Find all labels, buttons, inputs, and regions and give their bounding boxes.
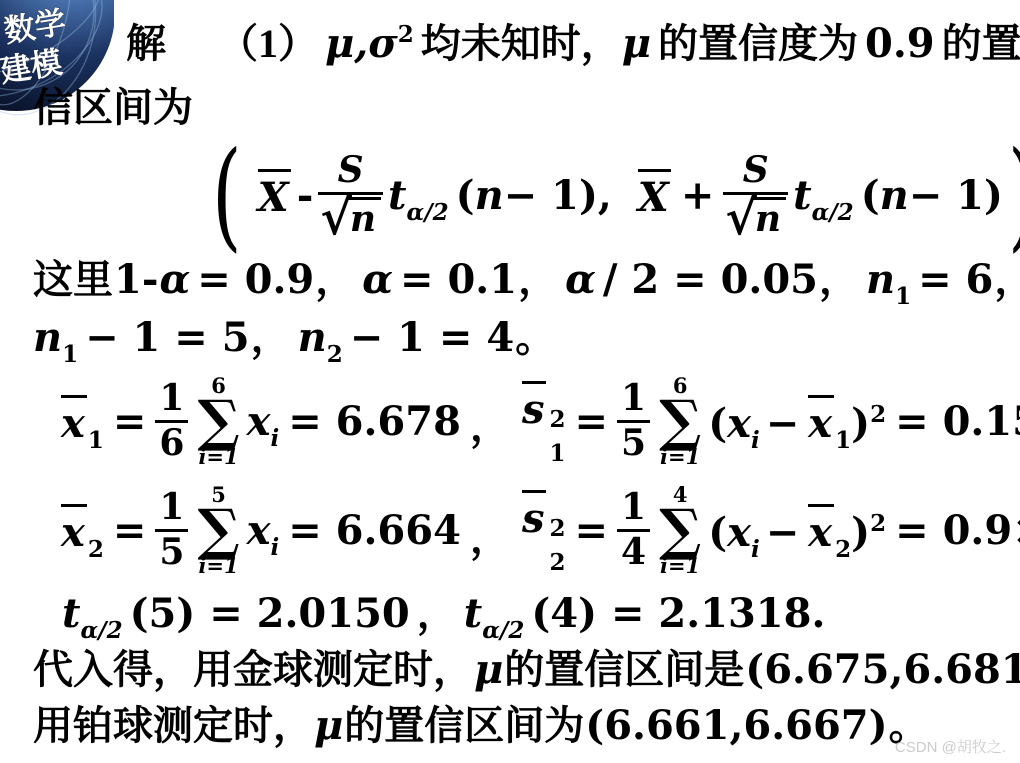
- solution-line-2: 信区间为: [33, 80, 200, 136]
- s-over-sqrt-n: S √n: [723, 152, 788, 239]
- frac-1-4: 14: [617, 489, 650, 572]
- math-var: t: [62, 586, 80, 642]
- tensor-indices: 21: [549, 408, 565, 465]
- full-comma: ，: [518, 257, 558, 302]
- value: = 0.9: [197, 256, 314, 303]
- radicand: n: [753, 197, 786, 239]
- lower-limit: i=1: [660, 555, 700, 576]
- math-var: s: [519, 490, 548, 542]
- paren: (: [708, 509, 727, 556]
- item-number: （1）: [218, 21, 318, 66]
- minus-sign: -: [297, 172, 314, 219]
- math-var: s: [519, 381, 548, 433]
- value: = 6: [918, 256, 993, 303]
- sigma-sign: ∑: [197, 505, 239, 555]
- math-var: n: [298, 310, 327, 366]
- paren: ): [851, 509, 870, 556]
- dof-line: n1− 1 = 5，n2− 1 = 4。: [33, 310, 562, 366]
- subscript: i: [270, 534, 279, 561]
- zh-text: 的置信区间是: [504, 647, 744, 692]
- x-bar: X: [635, 169, 672, 221]
- value: 1-: [114, 256, 158, 303]
- math-var-alpha: α: [565, 256, 596, 303]
- t-alpha-half: tα/2: [464, 586, 525, 642]
- denominator: 5: [157, 534, 186, 572]
- paren: (: [708, 400, 727, 447]
- t-alpha-half: tα/2: [793, 172, 854, 219]
- math-var: t: [388, 172, 406, 219]
- math-var: t: [793, 172, 811, 219]
- variance-value: = 0.15×10−4: [895, 398, 1020, 445]
- sigma-sign: ∑: [197, 396, 239, 446]
- frac-1-5: 15: [617, 380, 650, 463]
- n-sub-1: n1: [33, 310, 78, 366]
- value: (5) = 2.0150: [130, 590, 410, 637]
- value: = 0.9×10: [895, 507, 1020, 554]
- zh-text: 这里: [33, 257, 113, 302]
- zh-text: 均未知时，: [421, 21, 621, 66]
- x-bar-1: x1: [58, 395, 104, 447]
- denominator: √n: [318, 197, 383, 239]
- x-bar-2: x2: [58, 504, 104, 556]
- superscript: 2: [549, 517, 565, 540]
- full-comma: ，: [470, 507, 510, 564]
- slide-page: 数学 建模 解（1）μ,σ2均未知时，μ的置信度为0.9的置 信区间为 ( X …: [0, 0, 1020, 763]
- subscript: i: [751, 536, 760, 563]
- denominator: √n: [723, 197, 788, 239]
- subscript: α/2: [407, 199, 449, 226]
- value: / 2 = 0.05: [603, 256, 818, 303]
- math-var: x: [58, 504, 88, 556]
- subscript: i: [270, 425, 279, 452]
- summation: 5∑i=1: [197, 484, 239, 576]
- frac-1-5: 15: [155, 489, 188, 572]
- subscript: i: [751, 427, 760, 454]
- s2-squared: s22: [519, 490, 566, 570]
- x-sub-i: xi: [247, 507, 280, 554]
- n-sub-1: n1: [866, 252, 911, 308]
- full-comma: ，: [470, 395, 510, 452]
- paren: (: [861, 172, 880, 219]
- subscript: α/2: [812, 199, 854, 226]
- zh-text: 用铂球测定时，: [33, 703, 313, 748]
- math-var: x: [805, 504, 835, 556]
- value: = 6.678: [288, 398, 461, 445]
- math-var-alpha: α: [159, 256, 190, 303]
- exponent: 2: [398, 19, 414, 51]
- value: − 1): [909, 172, 1003, 219]
- csdn-watermark: CSDN @胡牧之.: [895, 736, 1006, 757]
- value: − 1),: [504, 172, 612, 219]
- math-var: t: [464, 586, 482, 642]
- lower-limit: i=1: [660, 446, 700, 467]
- sigma-sign: ∑: [659, 505, 701, 555]
- conclusion-line-1: 代入得，用金球测定时，μ的置信区间是(6.675,6.681)，: [33, 642, 1020, 698]
- interval-value: (6.675,6.681): [745, 646, 1020, 693]
- value: − 1 = 5: [85, 314, 249, 361]
- math-var-mu: μ: [622, 20, 651, 67]
- plus-sign: +: [681, 172, 715, 219]
- degrees-argument: (n− 1): [861, 172, 1003, 219]
- lower-limit: i=1: [198, 446, 238, 467]
- denominator: 5: [619, 425, 648, 463]
- sample2-stats-equation: x2 = 15 5∑i=1 xi = 6.664 ， s22 = 14 4∑i=…: [58, 474, 1020, 586]
- mu-sigma-squared: μ,σ2: [325, 16, 414, 72]
- ci-formula: ( X - S √n tα/2 (n− 1), X + S √n tα/2 (n…: [208, 134, 1020, 256]
- subscript: 2: [327, 339, 343, 371]
- numerator: 1: [617, 380, 650, 418]
- minus-sign: −: [766, 400, 800, 447]
- numerator: 1: [617, 489, 650, 527]
- equals-sign: =: [574, 398, 608, 445]
- math-var: x: [58, 395, 88, 447]
- value: = 0.15×10: [895, 398, 1020, 445]
- math-var: x: [805, 395, 835, 447]
- denominator: 6: [157, 425, 186, 463]
- equals-sign: =: [113, 398, 147, 445]
- paren: ): [851, 400, 870, 447]
- equals-sign: =: [113, 507, 147, 554]
- numerator: 1: [155, 380, 188, 418]
- sample1-stats-equation: x1 = 16 6∑i=1 xi = 6.678 ， s21 = 15 6∑i=…: [58, 368, 1020, 474]
- subscript: 2: [88, 536, 104, 563]
- math-var: n: [866, 252, 895, 308]
- numerator: 1: [155, 489, 188, 527]
- frac-1-6: 16: [155, 380, 188, 463]
- math-var: n: [880, 172, 909, 219]
- math-var: n: [475, 172, 504, 219]
- value: − 1 = 4: [350, 314, 514, 361]
- t-quantile-line: tα/2(5) = 2.0150，tα/2(4) = 2.1318.: [62, 586, 832, 642]
- math-var-alpha: α: [362, 256, 393, 303]
- value: (4) = 2.1318.: [531, 590, 825, 637]
- squared-deviation: (xi−x2)2: [708, 504, 886, 556]
- value: = 6.664: [288, 507, 461, 554]
- sigma-sign: ∑: [659, 396, 701, 446]
- full-comma: ，: [315, 257, 355, 302]
- x-sub-i: xi: [247, 398, 280, 445]
- denominator: 4: [619, 534, 648, 572]
- s1-squared: s21: [519, 381, 566, 461]
- x-bar: X: [255, 169, 292, 221]
- exponent: 2: [870, 510, 886, 537]
- math-var: x: [247, 507, 271, 554]
- superscript: 2: [549, 408, 565, 431]
- value: = 0.1: [400, 256, 517, 303]
- n-sub-2: n2: [298, 310, 343, 366]
- math-var: μ,σ: [325, 16, 398, 72]
- zh-text: 代入得，用金球测定时，: [33, 647, 473, 692]
- subscript: 1: [835, 427, 851, 454]
- full-comma: ，: [251, 315, 291, 360]
- summation: 6∑i=1: [197, 375, 239, 467]
- solution-line-1: 解（1）μ,σ2均未知时，μ的置信度为0.9的置: [126, 16, 1020, 72]
- s-over-sqrt-n: S √n: [318, 152, 383, 239]
- subscript: 2: [835, 536, 851, 563]
- zh-text: 的置信度为: [658, 21, 858, 66]
- left-big-paren: (: [212, 136, 242, 254]
- squared-deviation: (xi−x1)2: [708, 395, 886, 447]
- subscript: 1: [62, 339, 78, 371]
- equals-sign: =: [574, 507, 608, 554]
- t-alpha-half: tα/2: [388, 172, 449, 219]
- numerator: S: [739, 152, 773, 190]
- full-stop: 。: [515, 315, 555, 360]
- summation: 6∑i=1: [659, 375, 701, 467]
- degrees-argument: (n− 1),: [456, 172, 612, 219]
- subscript: 1: [895, 281, 911, 313]
- math-var-mu: μ: [314, 702, 343, 749]
- conclusion-line-2: 用铂球测定时，μ的置信区间为(6.661,6.667)。: [33, 698, 930, 754]
- zh-text: 信区间为: [33, 85, 193, 130]
- radicand: n: [348, 197, 381, 239]
- solution-label: 解: [126, 21, 166, 66]
- confidence-level-value: 0.9: [865, 20, 935, 67]
- lower-limit: i=1: [198, 555, 238, 576]
- paren: (: [456, 172, 475, 219]
- variance-value: = 0.9×10−5: [895, 507, 1020, 554]
- math-var: X: [635, 169, 672, 221]
- math-var: n: [33, 310, 62, 366]
- right-big-paren: ): [1008, 136, 1020, 254]
- subscript: 1: [88, 427, 104, 454]
- minus-sign: −: [766, 509, 800, 556]
- interval-value: (6.661,6.667): [585, 702, 887, 749]
- parameters-line: 这里1-α= 0.9，α= 0.1，α/ 2 = 0.05，n1= 6，n2= …: [33, 252, 1020, 308]
- tensor-indices: 22: [549, 517, 565, 574]
- t-alpha-half: tα/2: [62, 586, 123, 642]
- math-var: X: [255, 169, 292, 221]
- math-var: x: [247, 398, 271, 445]
- full-comma: ，: [819, 257, 859, 302]
- subscript: 2: [549, 551, 565, 574]
- numerator: S: [334, 152, 368, 190]
- exponent: 2: [870, 401, 886, 428]
- math-var-mu: μ: [474, 646, 503, 693]
- math-var: x: [727, 400, 751, 447]
- subscript: 1: [549, 442, 565, 465]
- summation: 4∑i=1: [659, 484, 701, 576]
- math-var: x: [727, 509, 751, 556]
- full-comma: ，: [994, 257, 1020, 302]
- zh-text: 的置信区间为: [344, 703, 584, 748]
- full-comma: ，: [417, 591, 457, 636]
- zh-text: 的置: [942, 21, 1020, 66]
